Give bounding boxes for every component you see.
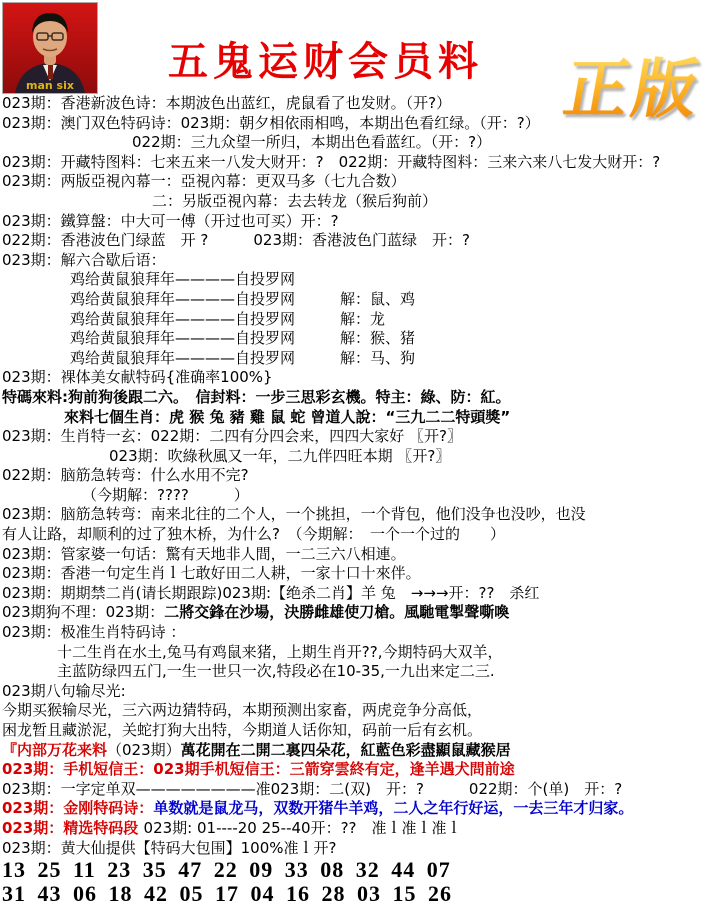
text-segment: 023期：裸体美女献特码{准确率100%} xyxy=(2,368,273,386)
text-segment: 023期狗不理：023期： xyxy=(2,603,164,621)
text-segment: 023期：一字定单双————————准023期：二(双) 开：? 022期：个(… xyxy=(2,780,622,798)
text-segment: 023期：黄大仙提供【特码大包围】100%准ｌ开? xyxy=(2,839,336,857)
text-segment: 022期：脑筋急转弯：什么水用不完? xyxy=(2,466,249,484)
tipsheet-page: man six 五鬼运财会员料 正版 023期：香港新波色诗：本期波色出蓝红，虎… xyxy=(0,0,702,910)
text-line: 主蓝防绿四五门,一生一世只一次,特段必在10-35,一九出来定二三. xyxy=(2,662,702,682)
text-segment: 有人让路，却顺利的过了独木桥，为什么? （今期解： 一个一个过的 ） xyxy=(2,525,505,543)
text-line: 二：另版亞視內幕：去去转龙（猴后狗前） xyxy=(2,192,702,212)
text-line: 023期：脑筋急转弯：南来北往的二个人，一个挑担，一个背包，他们没争也没吵，也没 xyxy=(2,505,702,525)
text-line: 023期：管家婆一句话：驚有天地非人間，一二三六八相連。 xyxy=(2,545,702,565)
text-line: 023期：吹綠秋風又一年，二九伴四旺本期 〖开?〗 xyxy=(2,447,702,467)
text-line: （今期解：???? ） xyxy=(2,486,702,506)
text-line: 023期：香港一句定生肖ｌ七敢好田二人耕，一家十口十來伴。 xyxy=(2,564,702,584)
text-segment: 二：另版亞視內幕：去去转龙（猴后狗前） xyxy=(152,192,437,210)
text-segment: （今期解：???? ） xyxy=(82,486,249,504)
text-line: 023期：黄大仙提供【特码大包围】100%准ｌ开? xyxy=(2,839,702,859)
photo-caption-text: man six xyxy=(26,79,74,92)
text-segment: 023期八句输尽光: xyxy=(2,682,126,700)
text-line: 023期：一字定单双————————准023期：二(双) 开：? 022期：个(… xyxy=(2,780,702,800)
text-segment: 來料七個生肖：虎 猴 兔 豬 雞 鼠 蛇 曾道人說：“三九二二特頭獎” xyxy=(64,408,510,426)
text-segment: 二將交鋒在沙場，決勝雌雄使刀槍。風馳電掣聲嘶喚 xyxy=(164,603,509,621)
text-segment: 023期：香港一句定生肖ｌ七敢好田二人耕，一家十口十來伴。 xyxy=(2,564,421,582)
text-segment: 023期：香港新波色诗：本期波色出蓝红，虎鼠看了也发财。（开?） xyxy=(2,94,451,112)
text-segment: 023期：解六合歇后语： xyxy=(2,251,166,269)
portrait-photo: man six xyxy=(2,2,98,94)
text-segment: 特碼來料:狗前狗後跟二六。 信封料：一步三思彩玄機。特主：綠、防：紅。 xyxy=(2,388,511,406)
text-line: 來料七個生肖：虎 猴 兔 豬 雞 鼠 蛇 曾道人說：“三九二二特頭獎” xyxy=(2,408,702,428)
text-line: 023期：期期禁二肖(请长期跟踪)023期:【绝杀二肖】羊 兔 →→→开：?? … xyxy=(2,584,702,604)
text-segment: 鸡给黄鼠狼拜年————自投罗网 解：鼠、鸡 xyxy=(70,290,415,308)
text-line: 023期：开藏特图料：七来五来一八发大财开：? 022期：开藏特图料：三来六来八… xyxy=(2,153,702,173)
text-segment: 023期：澳门双色特码诗：023期：朝夕相依雨相鸣，本期出色看红绿。（开：?） xyxy=(2,114,540,132)
tipsheet-lines: 023期：香港新波色诗：本期波色出蓝红，虎鼠看了也发财。（开?）023期：澳门双… xyxy=(2,94,702,910)
text-line: 鸡给黄鼠狼拜年————自投罗网 解：猴、猪 xyxy=(2,329,702,349)
text-line: 022期：三九众望一所归，本期出色看蓝红。（开：?） xyxy=(2,133,702,153)
text-segment: 023期：鐵算盤：中大可一傅（开过也可买）开：? xyxy=(2,212,339,230)
text-line: 023期：精选特码段 023期: 01----20 25--40开：?? 准ｌ准… xyxy=(2,819,702,839)
text-segment: 022期：香港波色门绿蓝 开 ? 023期：香港波色门蓝绿 开：? xyxy=(2,231,470,249)
text-line: 今期买猴输尽光，三六两边猜特码，本期预测出家畜，两虎竞争分高低， xyxy=(2,701,702,721)
text-line: 困龙暂且藏淤泥，关蛇打狗大出特，今期道人话你知，码前一后有玄机。 xyxy=(2,721,702,741)
text-line: 023期：金刚特码诗：单数就是鼠龙马，双数开猪牛羊鸡，二人之年行好运，一去三年才… xyxy=(2,799,702,819)
text-segment: 单数就是鼠龙马，双数开猪牛羊鸡，二人之年行好运，一去三年才归家。 xyxy=(153,799,633,817)
text-line: 023期：澳门双色特码诗：023期：朝夕相依雨相鸣，本期出色看红绿。（开：?） xyxy=(2,114,702,134)
text-segment: （023期） xyxy=(107,741,181,759)
text-segment: 主蓝防绿四五门,一生一世只一次,特段必在10-35,一九出来定二三. xyxy=(57,662,495,680)
text-segment: 『内部万花来料 xyxy=(2,741,107,759)
text-segment: 鸡给黄鼠狼拜年————自投罗网 解：猴、猪 xyxy=(70,329,415,347)
text-line: 023期：手机短信王：023期手机短信王：三箭穿雲終有定，逢羊遇犬問前途 xyxy=(2,760,702,780)
text-line: 31 43 06 18 42 05 17 04 16 28 03 15 26 xyxy=(2,882,702,906)
text-line: 023期八句输尽光: xyxy=(2,682,702,702)
text-line: 鸡给黄鼠狼拜年————自投罗网 解：鼠、鸡 xyxy=(2,290,702,310)
text-line: 023期：两版亞視內幕一：亞視內幕：更双马多（七九合数） xyxy=(2,172,702,192)
text-line: 023期狗不理：023期：二將交鋒在沙場，決勝雌雄使刀槍。風馳電掣聲嘶喚 xyxy=(2,603,702,623)
text-segment: 022期：三九众望一所归，本期出色看蓝红。（开：?） xyxy=(132,133,491,151)
text-line: 鸡给黄鼠狼拜年————自投罗网 解：马、狗 xyxy=(2,349,702,369)
text-segment: 鸡给黄鼠狼拜年————自投罗网 xyxy=(70,270,295,288)
text-line: 『内部万花来料（023期）萬花開在二開二裏四朵花，紅藍色彩盡顯鼠藏猴居 xyxy=(2,741,702,761)
text-segment: 023期：脑筋急转弯：南来北往的二个人，一个挑担，一个背包，他们没争也没吵，也没 xyxy=(2,505,586,523)
text-segment: 023期：手机短信王：023期手机短信王：三箭穿雲終有定，逢羊遇犬問前途 xyxy=(2,760,515,778)
text-line: 鸡给黄鼠狼拜年————自投罗网 xyxy=(2,270,702,290)
text-line: 有人让路，却顺利的过了独木桥，为什么? （今期解： 一个一个过的 ） xyxy=(2,525,702,545)
text-segment: 鸡给黄鼠狼拜年————自投罗网 解：龙 xyxy=(70,310,385,328)
text-segment: 023期: 01----20 25--40开：?? 准ｌ准ｌ准ｌ xyxy=(144,819,462,837)
text-line: 特碼來料:狗前狗後跟二六。 信封料：一步三思彩玄機。特主：綠、防：紅。 xyxy=(2,388,702,408)
text-line: 023期：生肖特一玄：022期：二四有分四会来，四四大家好 〖开?〗 xyxy=(2,427,702,447)
text-line: 022期：脑筋急转弯：什么水用不完? xyxy=(2,466,702,486)
text-segment: 023期：金刚特码诗： xyxy=(2,799,153,817)
text-segment: 13 25 11 23 35 47 22 09 33 08 32 44 07 xyxy=(2,857,451,882)
page-title: 五鬼运财会员料 xyxy=(168,30,478,87)
text-line: 023期：极准生肖特码诗 ： xyxy=(2,623,702,643)
text-segment: 023期：两版亞視內幕一：亞視內幕：更双马多（七九合数） xyxy=(2,172,406,190)
text-line: 13 25 11 23 35 47 22 09 33 08 32 44 07 xyxy=(2,858,702,882)
text-segment: 023期：管家婆一句话：驚有天地非人間，一二三六八相連。 xyxy=(2,545,406,563)
text-segment: 萬花開在二開二裏四朵花，紅藍色彩盡顯鼠藏猴居 xyxy=(181,741,511,759)
text-line: 023期：裸体美女献特码{准确率100%} xyxy=(2,368,702,388)
text-segment: 十二生肖在水土,兔马有鸡鼠来猪，上期生肖开??,今期特码大双羊， xyxy=(57,643,502,661)
text-segment: 023期：极准生肖特码诗 ： xyxy=(2,623,185,641)
text-segment: 023期：开藏特图料：七来五来一八发大财开：? 022期：开藏特图料：三来六来八… xyxy=(2,153,660,171)
text-segment: 鸡给黄鼠狼拜年————自投罗网 解：马、狗 xyxy=(70,349,415,367)
text-line: 022期：香港波色门绿蓝 开 ? 023期：香港波色门蓝绿 开：? xyxy=(2,231,702,251)
text-segment: 023期：精选特码段 xyxy=(2,819,144,837)
text-segment: 023期：期期禁二肖(请长期跟踪)023期:【绝杀二肖】羊 兔 →→→开：?? … xyxy=(2,584,539,602)
text-line: 023期：鐵算盤：中大可一傅（开过也可买）开：? xyxy=(2,212,702,232)
text-line: 023期：解六合歇后语： xyxy=(2,251,702,271)
text-segment: 023期：生肖特一玄：022期：二四有分四会来，四四大家好 〖开?〗 xyxy=(2,427,462,445)
text-line: 023期：香港新波色诗：本期波色出蓝红，虎鼠看了也发财。（开?） xyxy=(2,94,702,114)
portrait-illustration: man six xyxy=(3,3,97,93)
text-segment: 今期买猴输尽光，三六两边猜特码，本期预测出家畜，两虎竞争分高低， xyxy=(2,701,482,719)
text-line: 十二生肖在水土,兔马有鸡鼠来猪，上期生肖开??,今期特码大双羊， xyxy=(2,643,702,663)
text-line: 鸡给黄鼠狼拜年————自投罗网 解：龙 xyxy=(2,310,702,330)
text-segment: 困龙暂且藏淤泥，关蛇打狗大出特，今期道人话你知，码前一后有玄机。 xyxy=(2,721,482,739)
text-segment: 023期：吹綠秋風又一年，二九伴四旺本期 〖开?〗 xyxy=(109,447,450,465)
text-segment: 31 43 06 18 42 05 17 04 16 28 03 15 26 xyxy=(2,881,452,906)
